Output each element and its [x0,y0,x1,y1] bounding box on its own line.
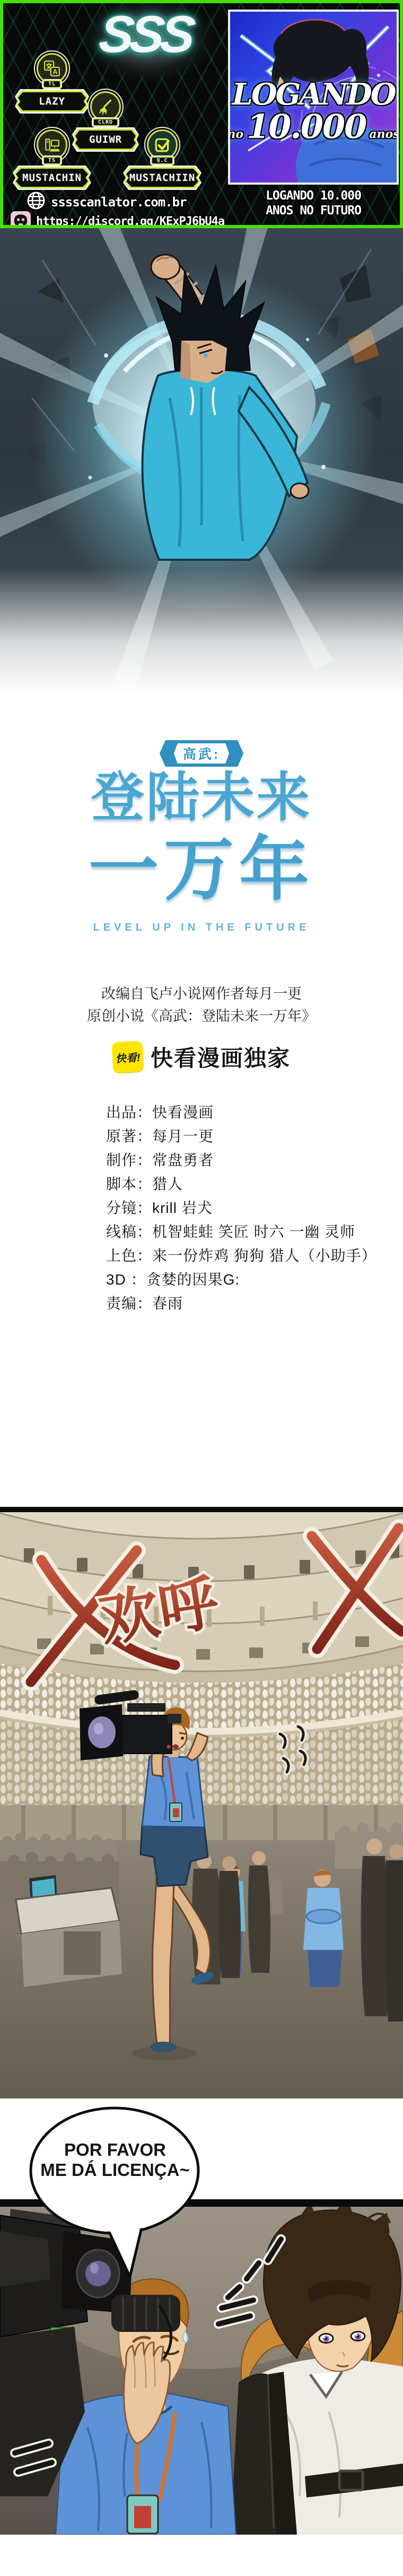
translate-icon: A [37,53,67,84]
discord-icon [10,210,32,228]
broom-icon [90,91,121,122]
platform-exclusive-text: 快看漫画独家 [151,1041,291,1073]
thumbnail-title-small-left: no [228,128,243,140]
role-tag: TS [43,157,61,164]
svg-text:A: A [52,68,57,76]
thumbnail-caption-line2: ANOS NO FUTURO [228,204,399,218]
stadium-illustration: 欢呼 [0,1507,403,2098]
credit-row: 出品：快看漫画 [106,1100,403,1124]
speech-line2: ME DÁ LICENÇA~ [28,2160,203,2180]
series-title-line1: 登陆未来 [0,770,403,825]
cover-art-illustration [0,228,403,735]
speech-bubble: POR FAVOR ME DÁ LICENÇA~ [28,2106,205,2284]
computer-icon [37,129,67,160]
staff-name: MUSTACHIN [16,169,88,187]
title-credits-block: 高武: 登陆未来 一万年 LEVEL UP IN THE FUTURE 改编自飞… [0,735,403,1507]
kuaikan-logo: 快看! [112,1041,144,1073]
thumbnail-caption-line1: LOGANDO 10.000 [228,189,399,203]
credit-row: 3D ：贪婪的因果G: [106,1268,403,1291]
role-tag: TL [43,80,61,88]
discord-link[interactable]: https://discord.gg/KExPJ6bU4a [10,210,224,228]
panel-gap: POR FAVOR ME DÁ LICENÇA~ [0,2098,403,2199]
website-url: sssscanlator.com.br [51,195,187,210]
series-cover-thumbnail: LOGANDO no 10.000 anos [228,10,399,185]
scanlator-header: SSS A TL LAZY CLRD [0,0,403,228]
credit-row: 制作：常盘勇者 [106,1148,403,1172]
series-subtitle-en: LEVEL UP IN THE FUTURE [0,922,403,934]
credit-row: 分镜：krill 岩犬 [106,1196,403,1220]
speech-line1: POR FAVOR [28,2140,203,2160]
platform-row: 快看! 快看漫画独家 [0,1041,403,1073]
thumbnail-title: LOGANDO no 10.000 anos [230,80,397,143]
thumbnail-title-line2: 10.000 [247,110,366,143]
credit-row: 脚本：猎人 [106,1172,403,1196]
genre-badge-text: 高武: [173,742,230,765]
adaptation-note: 改编自飞卢小说网作者每月一更 [0,983,403,1005]
original-novel-note: 原创小说《高武：登陆未来一万年》 [0,1005,403,1027]
thumbnail-title-small-right: anos [369,128,399,140]
staff-name: MUSTACHIIN [126,169,198,187]
role-tag: Q.C [151,157,173,164]
role-tag: CLRD [93,118,118,126]
staff-badge-quality-check: Q.C MUSTACHIIN [123,129,202,190]
credit-row: 线稿：机智蛙蛙 笑匠 时六 一幽 灵师 [106,1220,403,1244]
credit-row: 上色：来一份炸鸡 狗狗 猎人（小助手） [106,1244,403,1268]
source-notes: 改编自飞卢小说网作者每月一更 原创小说《高武：登陆未来一万年》 [0,983,403,1027]
speech-bubble-text: POR FAVOR ME DÁ LICENÇA~ [28,2140,203,2180]
genre-badge: 高武: [160,740,243,767]
credit-row: 原著：每月一更 [106,1124,403,1148]
staff-badge-typesetter: TS MUSTACHIN [13,129,91,190]
series-title-line2: 一万年 [0,832,403,907]
discord-url: https://discord.gg/KExPJ6bU4a [36,215,224,228]
cover-art-panel [0,228,403,735]
thumbnail-title-line1: LOGANDO [230,80,397,109]
credits-list: 出品：快看漫画 原著：每月一更 制作：常盘勇者 脚本：猎人 分镜：krill 岩… [0,1100,403,1315]
check-icon [147,129,178,160]
webtoon-page: SSS A TL LAZY CLRD [0,0,403,2576]
page-footer-whitespace [0,2535,403,2576]
credit-row: 责编：春雨 [106,1291,403,1315]
stadium-panel: 欢呼 [0,1507,403,2098]
